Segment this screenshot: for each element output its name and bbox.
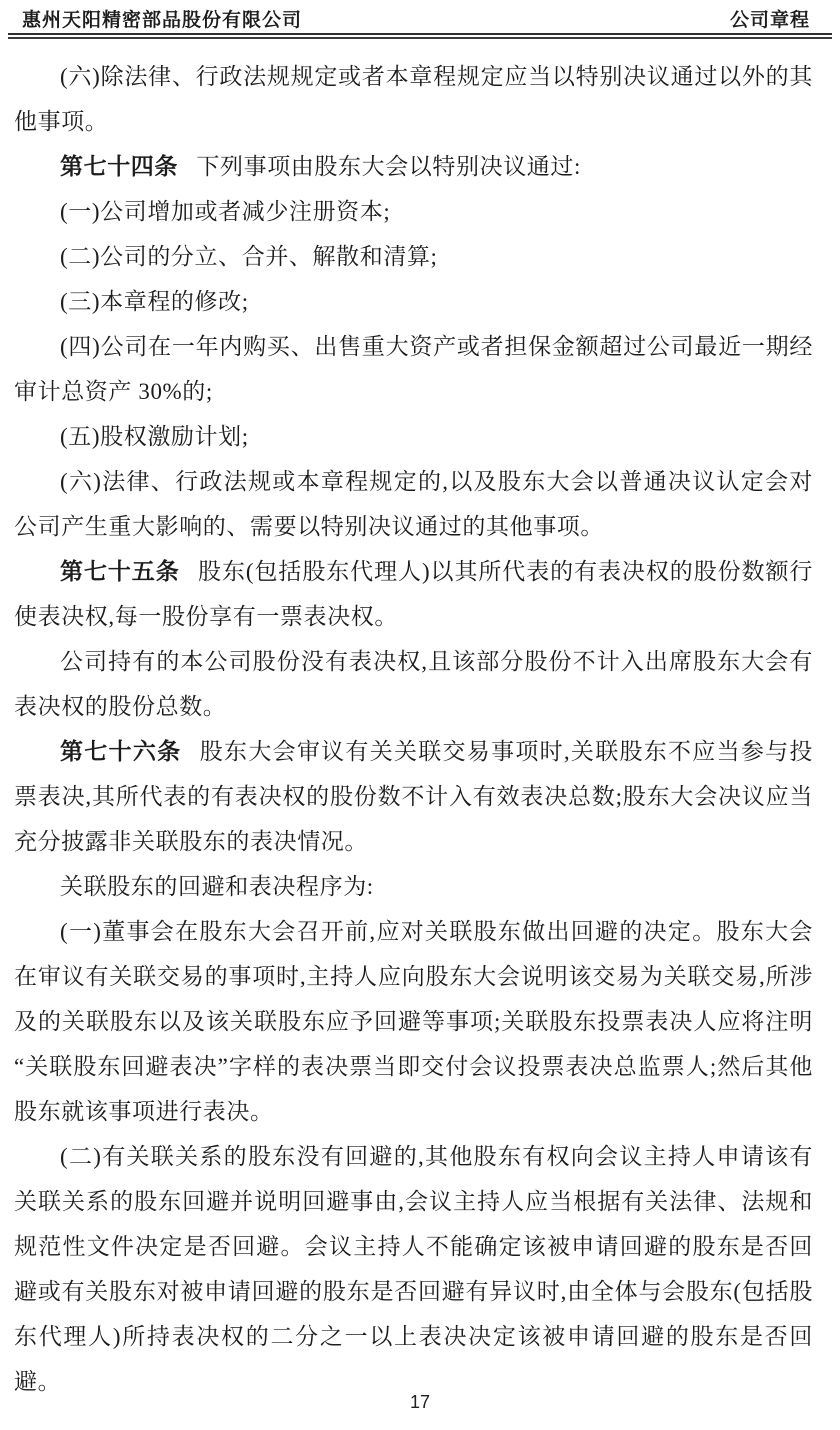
article-number: 第七十五条 — [60, 559, 180, 584]
paragraph-text: (二)有关联关系的股东没有回避的,其他股东有权向会议主持人申请该有关联关系的股东… — [14, 1144, 813, 1394]
paragraph: (二)有关联关系的股东没有回避的,其他股东有权向会议主持人申请该有关联关系的股东… — [14, 1134, 813, 1404]
paragraph-text: (四)公司在一年内购买、出售重大资产或者担保金额超过公司最近一期经审计总资产 3… — [14, 334, 813, 404]
paragraph: 第七十四条下列事项由股东大会以特别决议通过: — [14, 144, 813, 189]
paragraph: 关联股东的回避和表决程序为: — [14, 864, 813, 909]
document-page: 惠州天阳精密部品股份有限公司 公司章程 (六)除法律、行政法规规定或者本章程规定… — [0, 0, 840, 1430]
paragraph: 公司持有的本公司股份没有表决权,且该部分股份不计入出席股东大会有表决权的股份总数… — [14, 639, 813, 729]
paragraph: 第七十六条股东大会审议有关关联交易事项时,关联股东不应当参与投票表决,其所代表的… — [14, 729, 813, 864]
page-header: 惠州天阳精密部品股份有限公司 公司章程 — [22, 9, 810, 33]
paragraph: (六)法律、行政法规或本章程规定的,以及股东大会以普通决议认定会对公司产生重大影… — [14, 459, 813, 549]
paragraph: (五)股权激励计划; — [14, 414, 813, 459]
company-name: 惠州天阳精密部品股份有限公司 — [22, 9, 302, 33]
paragraph-text: (六)法律、行政法规或本章程规定的,以及股东大会以普通决议认定会对公司产生重大影… — [14, 469, 813, 539]
paragraph: (一)董事会在股东大会召开前,应对关联股东做出回避的决定。股东大会在审议有关联交… — [14, 909, 813, 1134]
paragraph-text: (三)本章程的修改; — [60, 289, 249, 314]
paragraph-text: 公司持有的本公司股份没有表决权,且该部分股份不计入出席股东大会有表决权的股份总数… — [14, 649, 813, 719]
document-body: (六)除法律、行政法规规定或者本章程规定应当以特别决议通过以外的其他事项。 第七… — [14, 54, 813, 1404]
paragraph: (一)公司增加或者减少注册资本; — [14, 189, 813, 234]
paragraph-text: (二)公司的分立、合并、解散和清算; — [60, 244, 438, 269]
header-divider-rule — [8, 33, 832, 39]
paragraph: 第七十五条股东(包括股东代理人)以其所代表的有表决权的股份数额行使表决权,每一股… — [14, 549, 813, 639]
paragraph-text: (五)股权激励计划; — [60, 424, 249, 449]
paragraph-text: (一)董事会在股东大会召开前,应对关联股东做出回避的决定。股东大会在审议有关联交… — [14, 919, 813, 1124]
paragraph-text: (一)公司增加或者减少注册资本; — [60, 199, 390, 224]
article-number: 第七十六条 — [60, 739, 181, 764]
paragraph: (四)公司在一年内购买、出售重大资产或者担保金额超过公司最近一期经审计总资产 3… — [14, 324, 813, 414]
paragraph-text: (六)除法律、行政法规规定或者本章程规定应当以特别决议通过以外的其他事项。 — [14, 64, 813, 134]
page-number: 17 — [0, 1392, 840, 1413]
document-title: 公司章程 — [730, 9, 810, 33]
paragraph: (三)本章程的修改; — [14, 279, 813, 324]
paragraph: (六)除法律、行政法规规定或者本章程规定应当以特别决议通过以外的其他事项。 — [14, 54, 813, 144]
article-number: 第七十四条 — [60, 154, 178, 179]
paragraph: (二)公司的分立、合并、解散和清算; — [14, 234, 813, 279]
paragraph-text: 关联股东的回避和表决程序为: — [60, 874, 374, 899]
paragraph-text: 下列事项由股东大会以特别决议通过: — [196, 154, 581, 179]
